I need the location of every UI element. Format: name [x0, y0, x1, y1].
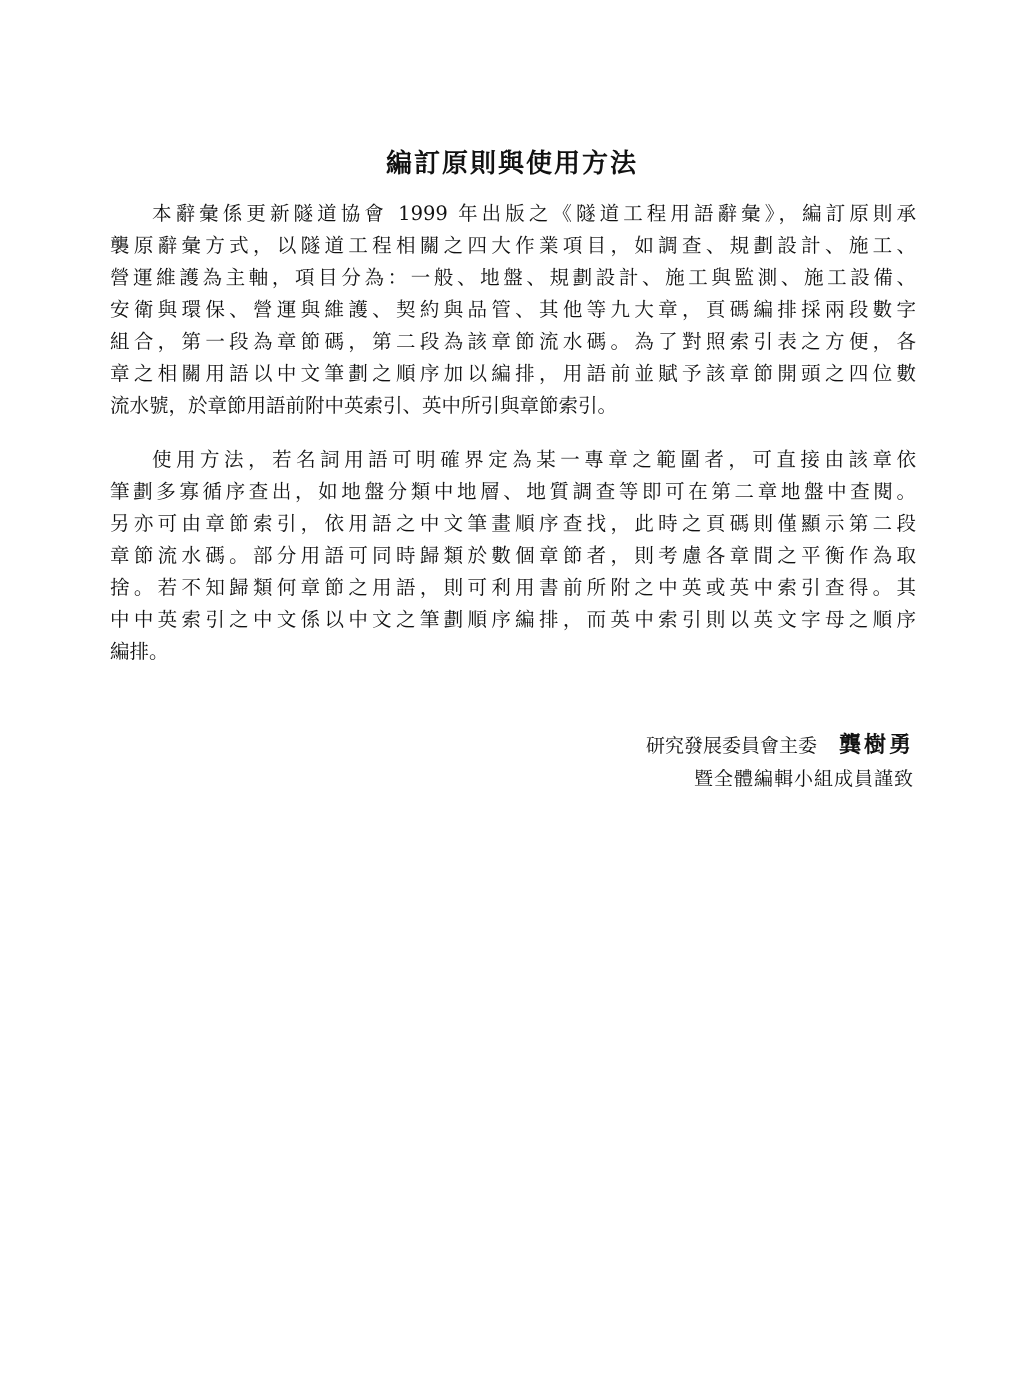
signature-line: 研究發展委員會主委龔樹勇 — [646, 728, 914, 759]
text-line: 章之相關用語以中文筆劃之順序加以編排，用語前並賦予該章節開頭之四位數 — [110, 358, 916, 390]
text-line: 襲原辭彙方式，以隧道工程相關之四大作業項目，如調查、規劃設計、施工、 — [110, 230, 916, 262]
text-line: 另亦可由章節索引，依用語之中文筆畫順序查找，此時之頁碼則僅顯示第二段 — [110, 508, 916, 540]
paragraph-editing-principles: 本辭彙係更新隧道協會 1999 年出版之《隧道工程用語辭彙》，編訂原則承 襲原辭… — [110, 198, 916, 422]
text-line: 捨。若不知歸類何章節之用語，則可利用書前所附之中英或英中索引查得。其 — [110, 572, 916, 604]
text-line: 使用方法，若名詞用語可明確界定為某一專章之範圍者，可直接由該章依 — [110, 444, 916, 476]
text-line: 安衛與環保、營運與維護、契約與品管、其他等九大章，頁碼編排採兩段數字 — [110, 294, 916, 326]
signature-name: 龔樹勇 — [839, 732, 914, 758]
text-line: 中中英索引之中文係以中文之筆劃順序編排，而英中索引則以英文字母之順序 — [110, 604, 916, 636]
paragraph-usage-method: 使用方法，若名詞用語可明確界定為某一專章之範圍者，可直接由該章依 筆劃多寡循序查… — [110, 444, 916, 668]
text-line: 組合，第一段為章節碼，第二段為該章節流水碼。為了對照索引表之方便，各 — [110, 326, 916, 358]
text-line: 流水號，於章節用語前附中英索引、英中所引與章節索引。 — [110, 390, 916, 422]
signature-line-2: 暨全體編輯小組成員謹致 — [694, 764, 914, 791]
text-line: 章節流水碼。部分用語可同時歸類於數個章節者，則考慮各章間之平衡作為取 — [110, 540, 916, 572]
text-line: 編排。 — [110, 636, 916, 668]
text-line: 筆劃多寡循序查出，如地盤分類中地層、地質調查等即可在第二章地盤中查閱。 — [110, 476, 916, 508]
text-line: 本辭彙係更新隧道協會 1999 年出版之《隧道工程用語辭彙》，編訂原則承 — [110, 198, 916, 230]
text-line: 營運維護為主軸，項目分為：一般、地盤、規劃設計、施工與監測、施工設備、 — [110, 262, 916, 294]
signature-role: 研究發展委員會主委 — [646, 735, 817, 757]
page-title: 編訂原則與使用方法 — [0, 143, 1024, 180]
